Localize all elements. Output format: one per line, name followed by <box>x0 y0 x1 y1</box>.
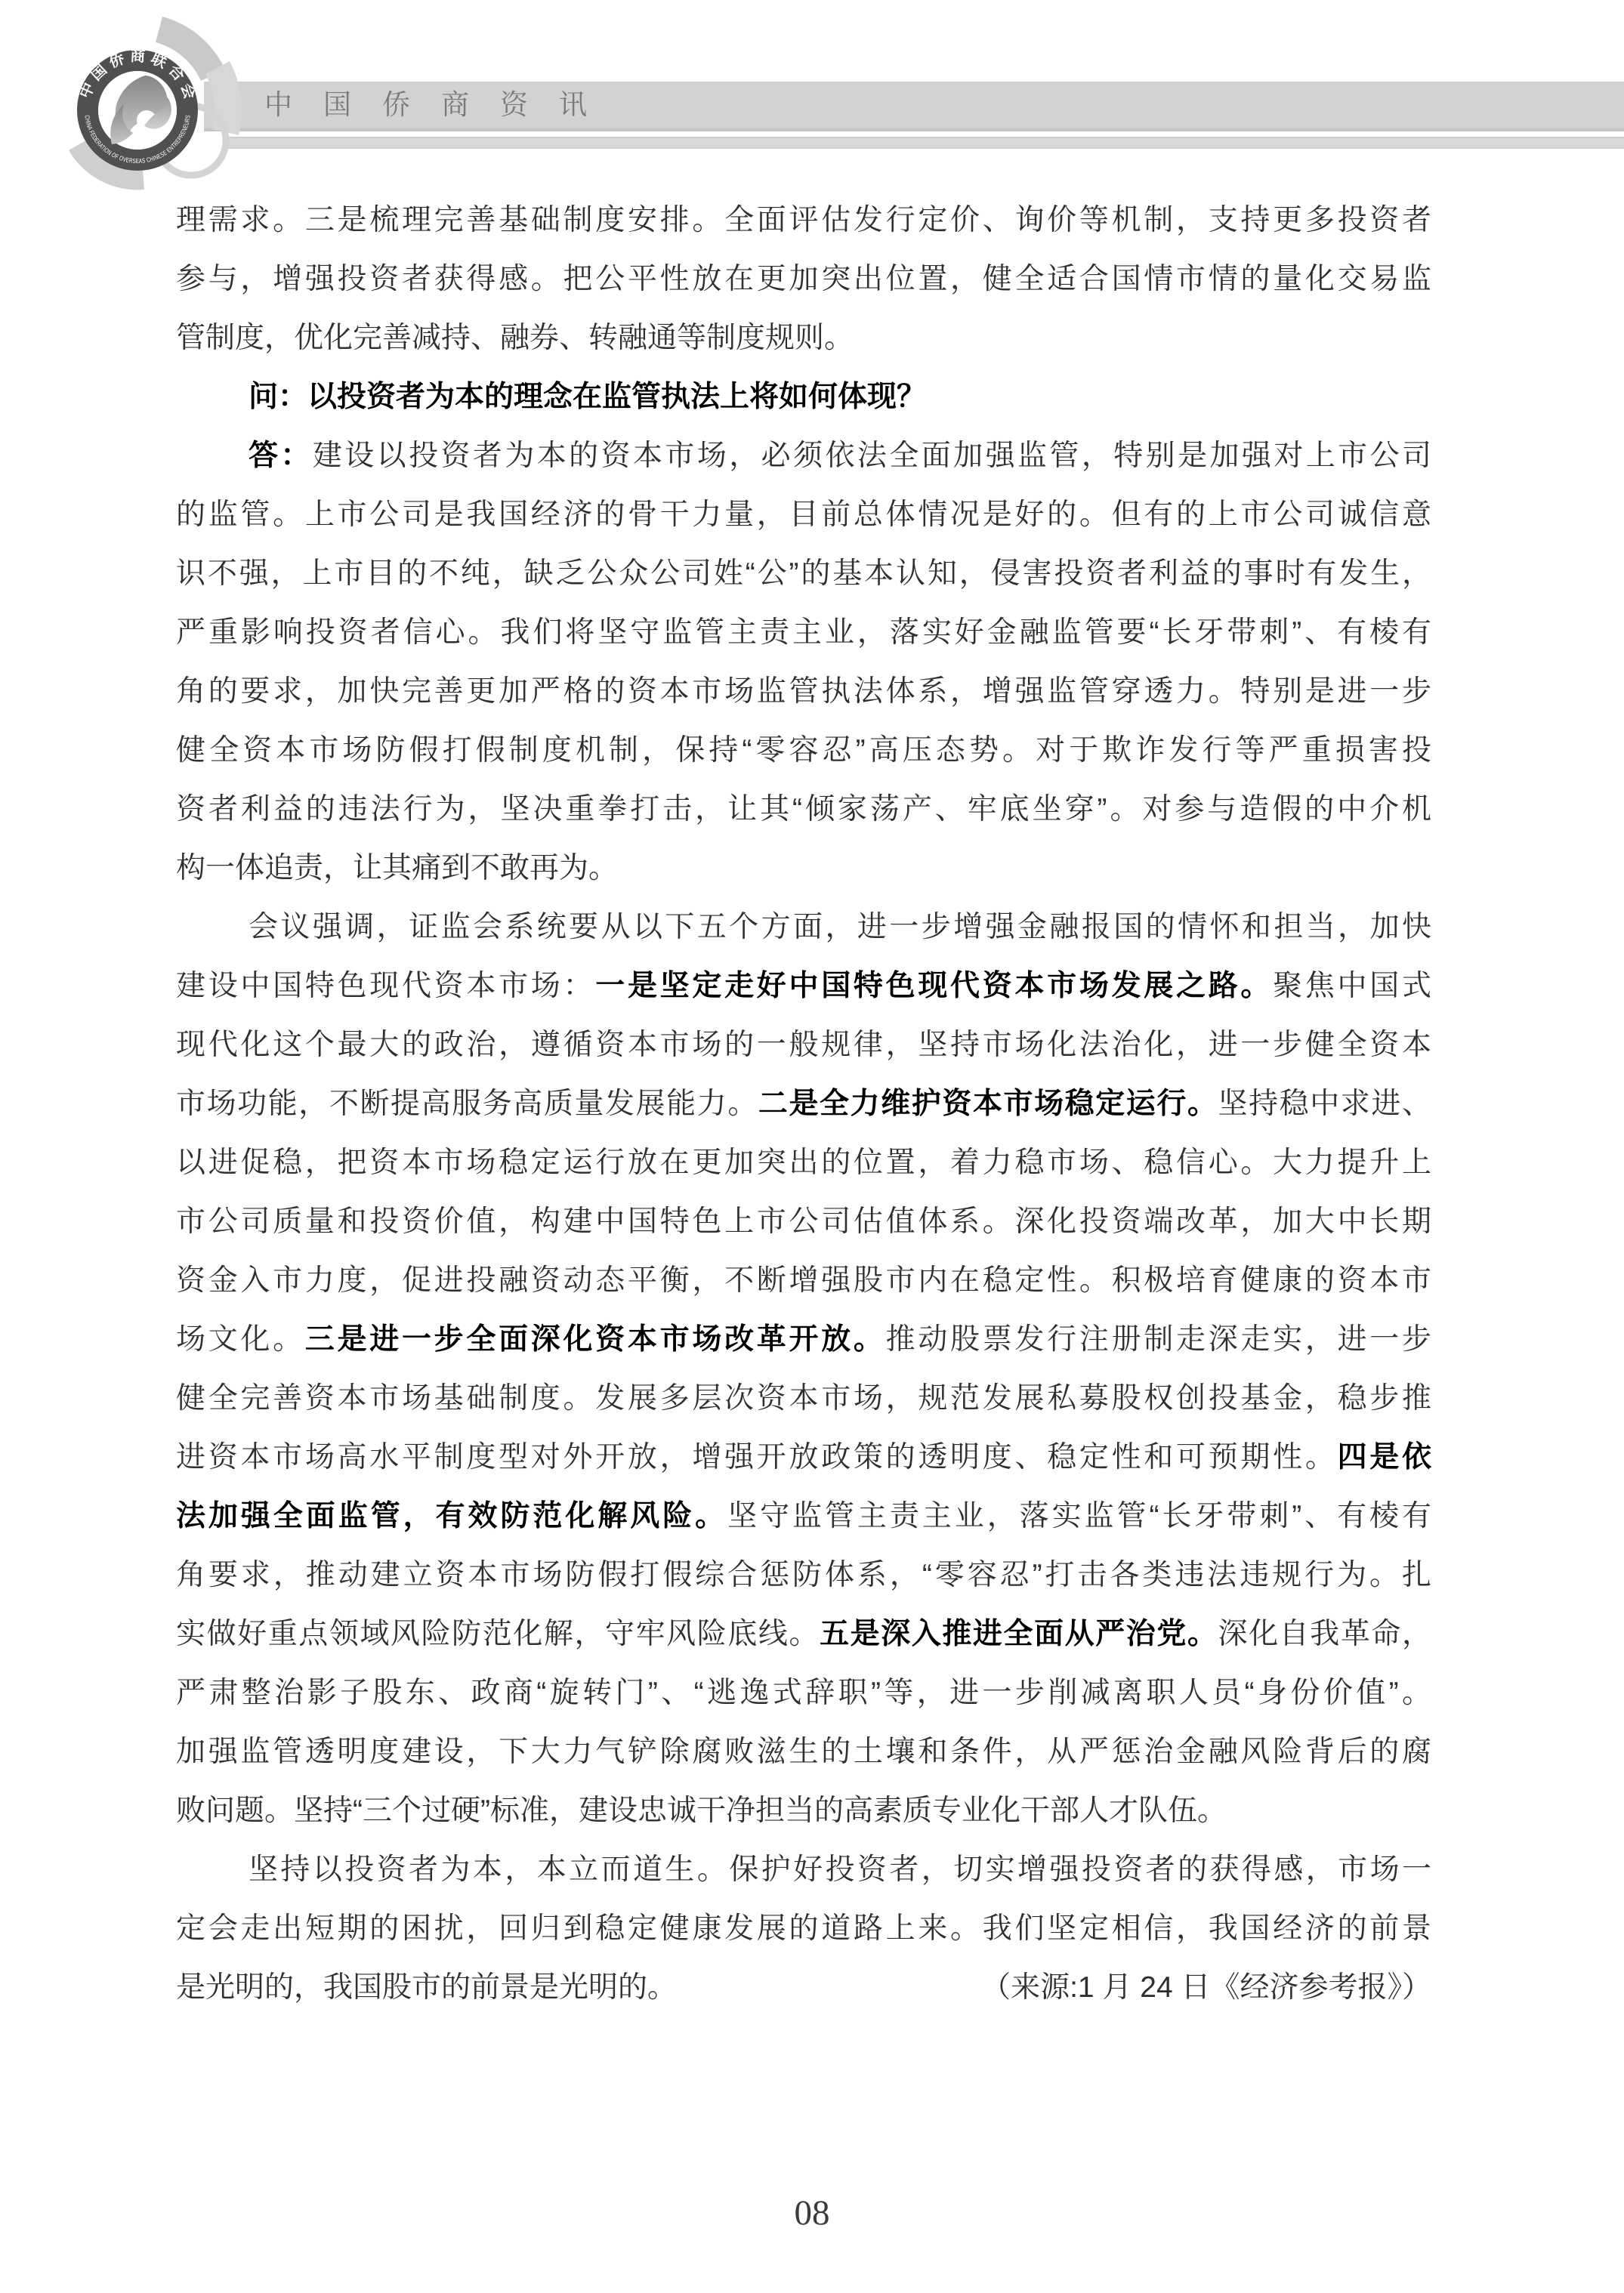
text-line: 败问题。坚持“三个过硬”标准，建设忠诚干净担当的高素质专业化干部人才队伍。 <box>176 1782 1431 1841</box>
text-line: 坚持以投资者为本，本立而道生。保护好投资者，切实增强投资者的获得感，市场一 <box>176 1841 1431 1900</box>
text-segment: 败问题。坚持“三个过硬”标准，建设忠诚干净担当的高素质专业化干部人才队伍。 <box>176 1795 1227 1827</box>
magazine-page: 中国侨商资讯 中国侨商联合会 <box>0 0 1624 2293</box>
text-line: 是光明的，我国股市的前景是光明的。（来源:1 月 24 日《经济参考报》） <box>176 1958 1431 2017</box>
header-thin-band <box>227 137 1624 149</box>
text-line: 资者利益的违法行为，坚决重拳打击，让其“倾家荡产、牢底坐穿”。对参与造假的中介机 <box>176 780 1431 839</box>
org-logo: 中国侨商联合会 CHINA FEDERATION OF OVERSEAS CHI… <box>34 6 261 195</box>
text-line: 定会走出短期的困扰，回归到稳定健康发展的道路上来。我们坚定相信，我国经济的前景 <box>176 1900 1431 1958</box>
text-segment: 会议强调，证监会系统要从以下五个方面，进一步增强金融报国的情怀和担当，加快 <box>249 911 1431 943</box>
text-segment: 理需求。三是梳理完善基础制度安排。全面评估发行定价、询价等机制，支持更多投资者 <box>176 204 1431 236</box>
text-segment: 严肃整治影子股东、政商“旋转门”、“逃逸式辞职”等，进一步削减离职人员“身份价值… <box>176 1677 1431 1709</box>
text-segment: 构一体追责，让其痛到不敢再为。 <box>176 852 618 884</box>
text-line: 市场功能，不断提高服务高质量发展能力。二是全力维护资本市场稳定运行。坚持稳中求进… <box>176 1075 1431 1134</box>
text-line: 法加强全面监管，有效防范化解风险。坚守监管主责主业，落实监管“长牙带刺”、有棱有 <box>176 1487 1431 1546</box>
text-segment: 建设以投资者为本的资本市场，必须依法全面加强监管，特别是加强对上市公司 <box>313 440 1431 472</box>
text-segment: 以进促稳，把资本市场稳定运行放在更加突出的位置，着力稳市场、稳信心。大力提升上 <box>176 1146 1431 1179</box>
text-line: 问：以投资者为本的理念在监管执法上将如何体现？ <box>176 368 1431 427</box>
text-segment: 进资本市场高水平制度型对外开放，增强开放政策的透明度、稳定性和可预期性。 <box>176 1441 1338 1474</box>
header-band: 中国侨商资讯 <box>204 82 1624 131</box>
text-segment: 坚持以投资者为本，本立而道生。保护好投资者，切实增强投资者的获得感，市场一 <box>249 1853 1431 1886</box>
text-segment: 健全资本市场防假打假制度机制，保持“零容忍”高压态势。对于欺诈发行等严重损害投 <box>176 734 1431 767</box>
text-segment: 角要求，推动建立资本市场防假打假综合惩防体系，“零容忍”打击各类违法违规行为。扎 <box>176 1559 1431 1591</box>
text-line: 答：建设以投资者为本的资本市场，必须依法全面加强监管，特别是加强对上市公司 <box>176 427 1431 486</box>
text-segment: 市公司质量和投资价值，构建中国特色上市公司估值体系。深化投资端改革，加大中长期 <box>176 1205 1431 1238</box>
text-segment: 实做好重点领域风险防范化解，守牢风险底线。 <box>176 1618 820 1650</box>
text-segment: 参与，增强投资者获得感。把公平性放在更加突出位置，健全适合国情市情的量化交易监 <box>176 263 1431 295</box>
text-line: 现代化这个最大的政治，遵循资本市场的一般规律，坚持市场化法治化，进一步健全资本 <box>176 1016 1431 1075</box>
source-citation: （来源:1 月 24 日《经济参考报》） <box>981 1958 1431 2017</box>
text-line: 严肃整治影子股东、政商“旋转门”、“逃逸式辞职”等，进一步削减离职人员“身份价值… <box>176 1664 1431 1723</box>
bold-text-segment: 三是进一步全面深化资本市场改革开放。 <box>305 1323 886 1356</box>
text-line: 构一体追责，让其痛到不敢再为。 <box>176 839 1431 898</box>
text-line: 参与，增强投资者获得感。把公平性放在更加突出位置，健全适合国情市情的量化交易监 <box>176 250 1431 309</box>
text-segment: 资者利益的违法行为，坚决重拳打击，让其“倾家荡产、牢底坐穿”。对参与造假的中介机 <box>176 793 1431 826</box>
text-line: 健全完善资本市场基础制度。发展多层次资本市场，规范发展私募股权创投基金，稳步推 <box>176 1369 1431 1428</box>
text-segment: 健全完善资本市场基础制度。发展多层次资本市场，规范发展私募股权创投基金，稳步推 <box>176 1382 1431 1415</box>
text-line: 加强监管透明度建设，下大力气铲除腐败滋生的土壤和条件，从严惩治金融风险背后的腐 <box>176 1723 1431 1782</box>
bold-text-segment: 法加强全面监管，有效防范化解风险。 <box>176 1500 727 1532</box>
text-segment: 角的要求，加快完善更加严格的资本市场监管执法体系，增强监管穿透力。特别是进一步 <box>176 675 1431 708</box>
text-segment: 管制度，优化完善减持、融券、转融通等制度规则。 <box>176 322 854 354</box>
text-line: 的监管。上市公司是我国经济的骨干力量，目前总体情况是好的。但有的上市公司诚信意 <box>176 486 1431 545</box>
text-line: 角的要求，加快完善更加严格的资本市场监管执法体系，增强监管穿透力。特别是进一步 <box>176 662 1431 721</box>
text-line: 以进促稳，把资本市场稳定运行放在更加突出的位置，着力稳市场、稳信心。大力提升上 <box>176 1134 1431 1193</box>
bold-text-segment: 问：以投资者为本的理念在监管执法上将如何体现？ <box>249 381 926 413</box>
bold-text-segment: 五是深入推进全面从严治党。 <box>820 1618 1218 1650</box>
page-number: 08 <box>0 2193 1624 2233</box>
text-segment: 定会走出短期的困扰，回归到稳定健康发展的道路上来。我们坚定相信，我国经济的前景 <box>176 1912 1431 1945</box>
text-segment: 推动股票发行注册制走深走实，进一步 <box>886 1323 1431 1356</box>
text-line: 场文化。三是进一步全面深化资本市场改革开放。推动股票发行注册制走深走实，进一步 <box>176 1310 1431 1369</box>
text-line: 实做好重点领域风险防范化解，守牢风险底线。五是深入推进全面从严治党。深化自我革命… <box>176 1605 1431 1664</box>
text-segment: 资金入市力度，促进投融资动态平衡，不断增强股市内在稳定性。积极培育健康的资本市 <box>176 1264 1431 1297</box>
text-line: 健全资本市场防假打假制度机制，保持“零容忍”高压态势。对于欺诈发行等严重损害投 <box>176 721 1431 780</box>
text-line: 市公司质量和投资价值，构建中国特色上市公司估值体系。深化投资端改革，加大中长期 <box>176 1193 1431 1251</box>
text-segment: 的监管。上市公司是我国经济的骨干力量，目前总体情况是好的。但有的上市公司诚信意 <box>176 498 1431 531</box>
text-segment: 识不强，上市目的不纯，缺乏公众公司姓“公”的基本认知，侵害投资者利益的事时有发生… <box>176 557 1431 590</box>
text-segment: 场文化。 <box>176 1323 305 1356</box>
text-segment: 加强监管透明度建设，下大力气铲除腐败滋生的土壤和条件，从严惩治金融风险背后的腐 <box>176 1736 1431 1768</box>
text-line: 识不强，上市目的不纯，缺乏公众公司姓“公”的基本认知，侵害投资者利益的事时有发生… <box>176 545 1431 603</box>
text-segment: 聚焦中国式 <box>1273 970 1431 1002</box>
text-segment: 深化自我革命， <box>1218 1618 1431 1650</box>
closing-text: 是光明的，我国股市的前景是光明的。 <box>176 1958 677 2017</box>
text-segment: 是光明的，我国股市的前景是光明的。 <box>176 1971 677 2004</box>
text-line: 建设中国特色现代资本市场：一是坚定走好中国特色现代资本市场发展之路。聚焦中国式 <box>176 957 1431 1016</box>
text-segment: 坚持稳中求进、 <box>1218 1088 1431 1120</box>
header-band-title: 中国侨商资讯 <box>264 82 618 128</box>
text-line: 资金入市力度，促进投融资动态平衡，不断增强股市内在稳定性。积极培育健康的资本市 <box>176 1251 1431 1310</box>
text-segment: 坚守监管主责主业，落实监管“长牙带刺”、有棱有 <box>727 1500 1431 1532</box>
text-line: 管制度，优化完善减持、融券、转融通等制度规则。 <box>176 309 1431 368</box>
text-segment: 市场功能，不断提高服务高质量发展能力。 <box>176 1088 758 1120</box>
text-segment: 严重影响投资者信心。我们将坚守监管主责主业，落实好金融监管要“长牙带刺”、有棱有 <box>176 616 1431 649</box>
bold-text-segment: 答： <box>249 440 313 472</box>
text-segment: 现代化这个最大的政治，遵循资本市场的一般规律，坚持市场化法治化，进一步健全资本 <box>176 1029 1431 1061</box>
text-line: 角要求，推动建立资本市场防假打假综合惩防体系，“零容忍”打击各类违法违规行为。扎 <box>176 1546 1431 1605</box>
bold-text-segment: 一是坚定走好中国特色现代资本市场发展之路。 <box>595 970 1273 1002</box>
article-body: 理需求。三是梳理完善基础制度安排。全面评估发行定价、询价等机制，支持更多投资者参… <box>176 191 1431 2017</box>
text-line: 会议强调，证监会系统要从以下五个方面，进一步增强金融报国的情怀和担当，加快 <box>176 898 1431 957</box>
text-line: 理需求。三是梳理完善基础制度安排。全面评估发行定价、询价等机制，支持更多投资者 <box>176 191 1431 250</box>
bold-text-segment: 二是全力维护资本市场稳定运行。 <box>758 1088 1218 1120</box>
text-line: 严重影响投资者信心。我们将坚守监管主责主业，落实好金融监管要“长牙带刺”、有棱有 <box>176 603 1431 662</box>
bold-text-segment: 四是依 <box>1338 1441 1431 1474</box>
text-segment: 建设中国特色现代资本市场： <box>176 970 595 1002</box>
text-line: 进资本市场高水平制度型对外开放，增强开放政策的透明度、稳定性和可预期性。四是依 <box>176 1428 1431 1487</box>
